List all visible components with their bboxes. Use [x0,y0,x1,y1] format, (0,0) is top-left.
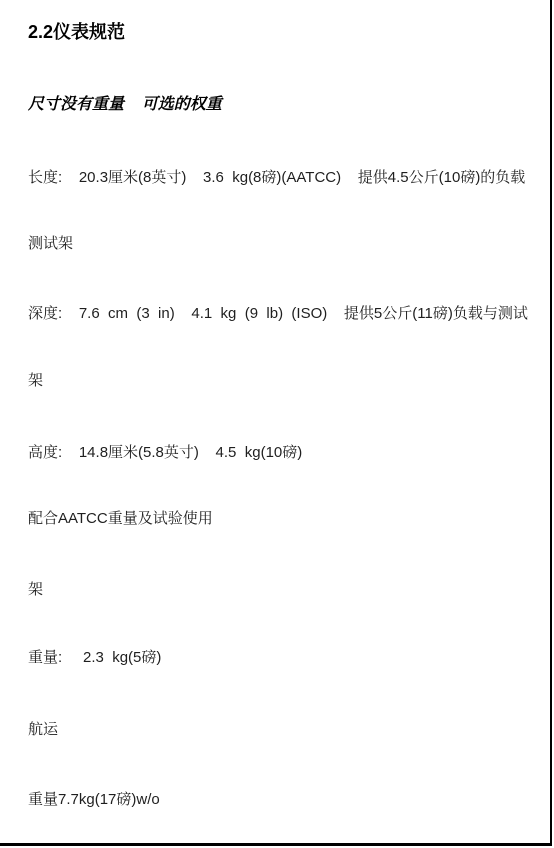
spec-line-test-rack: 测试架 [28,234,73,254]
spec-line-rack: 架 [28,371,43,391]
spec-line-length: 长度: 20.3厘米(8英寸) 3.6 kg(8磅)(AATCC) 提供4.5公… [28,168,525,188]
spec-line-aatcc-usage: 配合AATCC重量及试验使用 [28,509,213,529]
document-page: 2.2仪表规范 尺寸没有重量 可选的权重 长度: 20.3厘米(8英寸) 3.6… [0,0,554,848]
spec-line-shipping-weight: 重量7.7kg(17磅)w/o [28,790,160,810]
spec-line-depth: 深度: 7.6 cm (3 in) 4.1 kg (9 lb) (ISO) 提供… [28,304,528,324]
spec-line-height: 高度: 14.8厘米(5.8英寸) 4.5 kg(10磅) [28,443,302,463]
spec-line-shipping: 航运 [28,720,58,740]
page-border-right [550,0,552,845]
spec-line-weight: 重量: 2.3 kg(5磅) [28,648,161,668]
page-border-bottom [0,843,552,846]
section-heading: 2.2仪表规范 [28,18,125,44]
spec-line-rack-2: 架 [28,580,43,600]
subtitle-dimensions-weights: 尺寸没有重量 可选的权重 [28,91,222,114]
